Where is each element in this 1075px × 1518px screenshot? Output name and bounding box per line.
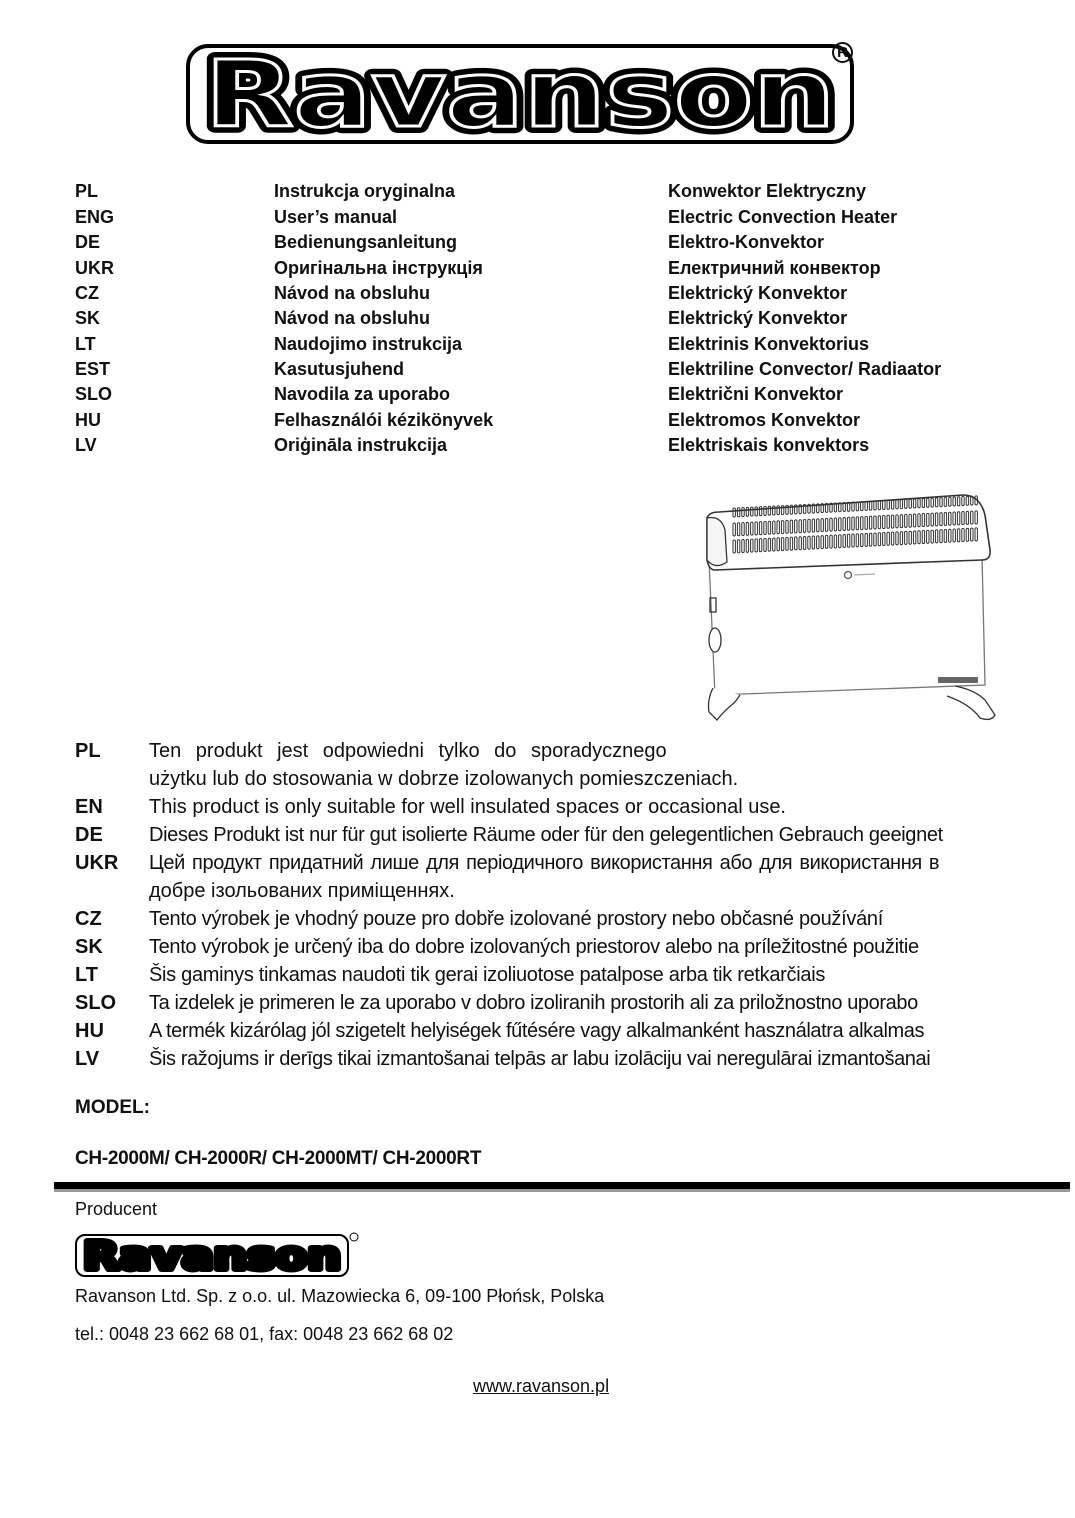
warning-language-code: EN [75, 793, 103, 821]
language-row: SLO Navodila za uporabo Električni Konve… [75, 384, 1035, 409]
warning-text: Tento výrobek je vhodný pouze pro dobře … [149, 905, 883, 933]
warning-language-code: PL [75, 737, 101, 765]
product-name: Elektriline Convector/ Radiaator [668, 359, 941, 380]
website-link[interactable]: www.ravanson.pl [473, 1376, 609, 1397]
language-row: CZ Návod na obsluhu Elektrický Konvektor [75, 283, 1035, 308]
manual-title: Bedienungsanleitung [274, 232, 457, 253]
warning-language-code: LV [75, 1045, 99, 1073]
section-divider [54, 1182, 1070, 1192]
language-code: EST [75, 359, 110, 380]
manual-title: Oriģināla instrukcija [274, 435, 447, 456]
warning-text: Ta izdelek je primeren le za uporabo v d… [149, 989, 918, 1017]
product-name: Elektrický Konvektor [668, 283, 847, 304]
warning-text: Dieses Produkt ist nur für gut isolierte… [149, 821, 943, 849]
brand-logo: Ravanson Ravanson [186, 40, 866, 148]
language-code: LV [75, 435, 97, 456]
warning-language-code: UKR [75, 849, 118, 877]
language-row: EST Kasutusjuhend Elektriline Convector/… [75, 359, 1035, 384]
language-row: ENG User’s manual Electric Convection He… [75, 207, 1035, 232]
language-row: HU Felhasználói kézikönyvek Elektromos K… [75, 410, 1035, 435]
language-row: LT Naudojimo instrukcija Elektrinis Konv… [75, 334, 1035, 359]
producer-logo-text: Ravanson [83, 1234, 341, 1278]
language-row: SK Návod na obsluhu Elektrický Konvektor [75, 308, 1035, 333]
manual-title: Felhasználói kézikönyvek [274, 410, 493, 431]
warning-text: This product is only suitable for well i… [149, 793, 786, 821]
language-row: UKR Оригінальна інструкція Електричний к… [75, 258, 1035, 283]
language-code: PL [75, 181, 98, 202]
product-name: Elektro-Konvektor [668, 232, 824, 253]
model-numbers: CH-2000M/ CH-2000R/ CH-2000MT/ CH-2000RT [75, 1148, 481, 1170]
warning-text: Цей продукт придатний лише для періодичн… [149, 849, 939, 877]
warning-language-code: DE [75, 821, 103, 849]
warning-text-line: добре ізольованих приміщеннях. [149, 877, 455, 905]
warning-language-code: SK [75, 933, 103, 961]
brand-logo-text: Ravanson [205, 41, 835, 148]
language-code: UKR [75, 258, 114, 279]
registered-trademark-icon: R [832, 42, 853, 63]
product-name: Електричний конвектор [668, 258, 881, 279]
product-name: Konwektor Elektryczny [668, 181, 866, 202]
language-row: PL Instrukcja oryginalna Konwektor Elekt… [75, 181, 1035, 206]
language-code: ENG [75, 207, 114, 228]
warning-text: A termék kizárólag jól szigetelt helyisé… [149, 1017, 924, 1045]
product-name: Elektromos Konvektor [668, 410, 860, 431]
warning-text-line: użytku lub do stosowania w dobrze izolow… [149, 765, 738, 793]
product-name: Električni Konvektor [668, 384, 843, 405]
warning-text: Šis ražojums ir derīgs tikai izmantošana… [149, 1045, 930, 1073]
heater-illustration: (function(){ const g = document.getEleme… [695, 490, 1005, 730]
manual-title: Návod na obsluhu [274, 308, 430, 329]
language-code: SLO [75, 384, 112, 405]
warning-text: Šis gaminys tinkamas naudoti tik gerai i… [149, 961, 825, 989]
language-code: SK [75, 308, 100, 329]
warning-language-code: SLO [75, 989, 116, 1017]
language-code: DE [75, 232, 100, 253]
language-row: DE Bedienungsanleitung Elektro-Konvektor [75, 232, 1035, 257]
manual-title: Оригінальна інструкція [274, 258, 483, 279]
producer-address: Ravanson Ltd. Sp. z o.o. ul. Mazowiecka … [75, 1286, 604, 1307]
warning-language-code: CZ [75, 905, 102, 933]
product-name: Elektrický Konvektor [668, 308, 847, 329]
product-name: Elektriskais konvektors [668, 435, 869, 456]
language-code: HU [75, 410, 101, 431]
warning-text: Tento výrobok je určený iba do dobre izo… [149, 933, 919, 961]
manual-title: Instrukcja oryginalna [274, 181, 455, 202]
manual-title: User’s manual [274, 207, 397, 228]
manual-title: Návod na obsluhu [274, 283, 430, 304]
warning-language-code: LT [75, 961, 98, 989]
warning-text-line: Ten produkt jest odpowiedni tylko do spo… [149, 737, 667, 765]
product-name: Electric Convection Heater [668, 207, 897, 228]
product-name: Elektrinis Konvektorius [668, 334, 869, 355]
manual-title: Kasutusjuhend [274, 359, 404, 380]
producer-phone-fax: tel.: 0048 23 662 68 01, fax: 0048 23 66… [75, 1324, 453, 1345]
producer-logo: Ravanson Ravanson [75, 1232, 360, 1278]
warning-text: Ten produkt jest odpowiedni tylko do spo… [149, 737, 676, 765]
manual-title: Naudojimo instrukcija [274, 334, 462, 355]
model-label: MODEL: [75, 1097, 150, 1119]
warning-language-code: HU [75, 1017, 104, 1045]
language-code: LT [75, 334, 96, 355]
language-code: CZ [75, 283, 99, 304]
producer-label: Producent [75, 1199, 157, 1220]
manual-title: Navodila za uporabo [274, 384, 450, 405]
language-row: LV Oriģināla instrukcija Elektriskais ko… [75, 435, 1035, 460]
